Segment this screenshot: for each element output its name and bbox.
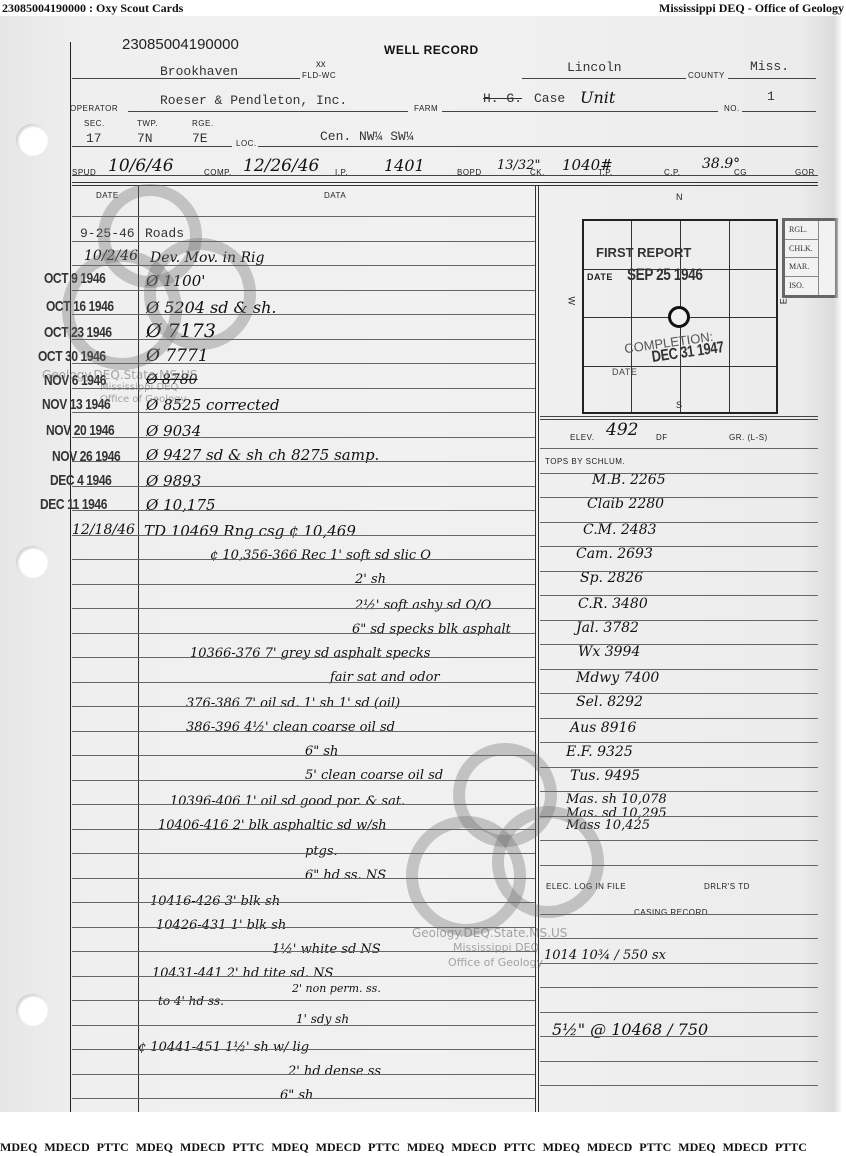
page-header: 23085004190000 : Oxy Scout Cards Mississ…	[0, 0, 846, 16]
ruled-line	[540, 742, 818, 743]
ruled-line	[72, 363, 535, 364]
ruled-line	[72, 608, 535, 609]
formation-top: Cam. 2693	[576, 546, 653, 562]
first-report-date: SEP 25 1946	[627, 265, 703, 285]
approval-box: RGL. CHLK. MAR. ISO.	[782, 218, 838, 298]
log-data: 10406-416 2' blk asphaltic sd w/sh	[158, 818, 387, 833]
rge-value: 7E	[192, 131, 208, 146]
form-title: WELL RECORD	[384, 43, 479, 57]
formation-top: Sel. 8292	[576, 694, 643, 710]
well-no-underline	[742, 111, 816, 112]
ruled-line	[540, 1012, 818, 1013]
right-panel-divider	[538, 186, 539, 1112]
ruled-line	[72, 290, 535, 291]
farm-label: FARM	[414, 104, 438, 113]
page-footer: MDEQ MDECD PTTC MDEQ MDECD PTTC MDEQ MDE…	[0, 1138, 846, 1156]
log-data: to 4' hd ss.	[158, 994, 224, 1008]
formation-top: C.R. 3480	[578, 596, 648, 612]
tops-label: TOPS BY SCHLUM.	[545, 457, 625, 466]
section-plat-map: FIRST REPORT DATE SEP 25 1946 COMPLETION…	[582, 219, 778, 414]
formation-top: Tus. 9495	[570, 768, 640, 784]
log-data: 10366-376 7' grey sd asphalt specks	[190, 646, 430, 661]
ruled-line	[72, 584, 535, 585]
ruled-line	[72, 804, 535, 805]
ruled-line	[540, 938, 818, 939]
watermark-url: Geology.DEQ.State.MS.US	[42, 368, 197, 382]
elev-label: ELEV.	[570, 433, 594, 442]
field-mark: XX	[316, 61, 326, 70]
ruled-line	[72, 780, 535, 781]
log-data: 10426-431 1' blk sh	[156, 918, 286, 933]
elev-value: 492	[606, 420, 638, 440]
ruled-line	[72, 339, 535, 340]
ruled-line	[540, 840, 818, 841]
sec-label: SEC.	[84, 119, 105, 128]
state-underline	[728, 78, 816, 79]
log-data: 376-386 7' oil sd. 1' sh 1' sd (oil)	[186, 696, 400, 711]
ruled-line	[72, 853, 535, 854]
ruled-line	[540, 546, 818, 547]
log-data: 6" sh	[280, 1088, 313, 1103]
operator-underline	[128, 111, 408, 112]
log-data: 6" sh	[305, 744, 338, 759]
ruled-line	[72, 1000, 535, 1001]
ruled-line	[72, 216, 535, 217]
ruled-line	[72, 1074, 535, 1075]
rge-label: RGE.	[192, 119, 214, 128]
watermark-office: Office of Geology	[448, 956, 543, 969]
casing-record-label: CASING RECORD	[634, 908, 708, 917]
ruled-line	[72, 878, 535, 879]
ruled-line	[540, 644, 818, 645]
formation-top: C.M. 2483	[583, 522, 657, 538]
header-agency: Mississippi DEQ - Office of Geology	[659, 0, 844, 16]
ruled-line	[72, 1098, 535, 1099]
ruled-line	[72, 633, 535, 634]
drlr-td-label: DRLR'S TD	[704, 882, 750, 891]
log-data: 2' non perm. ss.	[292, 982, 381, 995]
ruled-line	[72, 657, 535, 658]
approval-mar: MAR.	[785, 258, 819, 277]
ruled-line	[540, 816, 818, 817]
map-east-label: E	[778, 298, 788, 305]
well-record-card: 23085004190000 WELL RECORD Brookhaven FL…	[0, 16, 842, 1112]
left-margin-rule	[70, 42, 71, 1112]
formation-top: Mdwy 7400	[576, 670, 659, 686]
ruled-line	[540, 473, 818, 474]
county-label: COUNTY	[688, 71, 725, 80]
comp-value: 12/26/46	[243, 156, 319, 176]
sec-value: 17	[86, 131, 102, 146]
log-data: ¢ 10,356-366 Rec 1' soft sd slic O	[210, 548, 431, 563]
watermark-office: Office of Geology	[100, 394, 186, 405]
log-data: TD 10469 Rng csg ¢ 10,469	[144, 522, 356, 540]
log-data: 10396-406 1' oil sd good por. & sat.	[170, 794, 405, 809]
formation-top: Claib 2280	[587, 496, 664, 512]
ruled-line	[540, 620, 818, 621]
first-report-stamp: FIRST REPORT	[596, 245, 691, 260]
log-data: 386-396 4½' clean coarse oil sd	[186, 720, 395, 735]
location-underline	[72, 146, 232, 147]
county-underline	[522, 78, 686, 79]
log-data: ptgs.	[305, 844, 338, 859]
formation-top: Wx 3994	[578, 644, 640, 660]
state-value: Miss.	[750, 59, 789, 74]
ruled-line	[72, 486, 535, 487]
watermark-agency: Mississippi DEQ	[453, 941, 539, 954]
field-value: Brookhaven	[160, 64, 238, 79]
ruled-line	[540, 791, 818, 792]
ruled-line	[72, 559, 535, 560]
ruled-line	[72, 535, 535, 536]
ruled-line	[540, 669, 818, 670]
loc-underline	[258, 146, 818, 147]
completion-date-label: DATE	[612, 367, 637, 377]
right-panel-rule	[540, 419, 818, 420]
formation-top: Mas. sh 10,078	[566, 792, 667, 807]
log-data: 1½' white sd NS	[272, 942, 381, 957]
ruled-line	[540, 718, 818, 719]
log-data: 6" sd specks blk asphalt	[352, 622, 511, 637]
ruled-line	[540, 865, 818, 866]
approval-chlk: CHLK.	[785, 240, 819, 259]
field-label: FLD-WC	[302, 71, 336, 80]
spud-value: 10/6/46	[108, 156, 174, 176]
ruled-line	[72, 314, 535, 315]
ruled-line	[540, 595, 818, 596]
log-data: Ø 10,175	[146, 496, 216, 514]
ruled-line	[72, 976, 535, 977]
punch-hole	[16, 124, 48, 156]
ruled-line	[72, 829, 535, 830]
ruled-line	[72, 1049, 535, 1050]
ruled-line	[72, 706, 535, 707]
twp-value: 7N	[137, 131, 153, 146]
ruled-line	[72, 902, 535, 903]
operator-label: OPERATOR	[70, 104, 118, 113]
ruled-line	[72, 461, 535, 462]
punch-hole	[16, 546, 48, 578]
formation-top: E.F. 9325	[566, 744, 633, 760]
ruled-line	[540, 767, 818, 768]
loc-value: Cen. NW¼ SW¼	[320, 129, 414, 144]
ruled-line	[540, 693, 818, 694]
ruled-line	[540, 497, 818, 498]
data-column-header: DATA	[324, 191, 346, 200]
formation-top: Aus 8916	[570, 720, 636, 736]
log-data: 2½' soft ashy sd O/O	[355, 598, 491, 613]
log-data: ¢ 10441-451 1½' sh w/ lig	[138, 1040, 309, 1055]
log-data: 2' hd dense ss	[288, 1064, 381, 1079]
ip-value: 1401	[384, 156, 425, 175]
punch-hole	[16, 994, 48, 1026]
ruled-line	[72, 682, 535, 683]
df-label: DF	[656, 433, 668, 442]
ruled-line	[540, 914, 818, 915]
ruled-line	[540, 571, 818, 572]
log-data: 10431-441 2' hd tite sd. NS	[152, 966, 333, 981]
loc-label: LOC.	[236, 139, 257, 148]
ruled-line	[72, 510, 535, 511]
well-location-marker	[668, 306, 690, 328]
ruled-line	[72, 951, 535, 952]
casing-entry: 1014 10¾ / 550 sx	[544, 948, 666, 963]
log-data: 1' sdy sh	[296, 1012, 349, 1026]
ruled-line	[72, 388, 535, 389]
ruled-line	[72, 412, 535, 413]
county-value: Lincoln	[567, 60, 622, 75]
ruled-line	[72, 1025, 535, 1026]
approval-rgl: RGL.	[785, 221, 819, 240]
map-north-label: N	[676, 192, 683, 202]
map-west-label: W	[567, 297, 577, 306]
ruled-line	[540, 1036, 818, 1037]
ruled-line	[540, 448, 818, 449]
farm-value: Case	[534, 91, 565, 106]
api-number: 23085004190000	[122, 36, 239, 53]
ruled-line	[540, 522, 818, 523]
right-panel-divider	[535, 186, 536, 1112]
log-date-stamp: NOV 26 1946	[52, 448, 120, 465]
log-data: 6" hd ss. NS	[305, 868, 386, 883]
formation-top: M.B. 2265	[592, 472, 666, 488]
header-double-rule	[72, 185, 818, 186]
ruled-line	[72, 437, 535, 438]
right-panel-rule	[540, 416, 818, 417]
header-record-title: 23085004190000 : Oxy Scout Cards	[2, 0, 183, 16]
ruled-line	[72, 241, 535, 242]
ruled-line	[540, 963, 818, 964]
log-data: Ø 9893	[146, 472, 201, 490]
watermark-logo-ring	[144, 238, 256, 350]
well-no-label: NO.	[724, 104, 740, 113]
farm-handwritten: Unit	[580, 88, 615, 107]
header-double-rule	[72, 182, 818, 183]
gr-label: GR. (L-S)	[729, 433, 768, 442]
spud-underline	[72, 175, 818, 176]
ruled-line	[72, 927, 535, 928]
ruled-line	[540, 987, 818, 988]
ruled-line	[72, 265, 535, 266]
ruled-line	[72, 755, 535, 756]
operator-value: Roeser & Pendleton, Inc.	[160, 93, 347, 108]
ruled-line	[540, 1061, 818, 1062]
formation-top: Jal. 3782	[576, 620, 639, 636]
farm-struck-value: H. G.	[483, 91, 522, 106]
approval-iso: ISO.	[785, 277, 819, 296]
twp-label: TWP.	[137, 119, 158, 128]
first-report-date-label: DATE	[587, 272, 613, 282]
ruled-line	[72, 731, 535, 732]
formation-top: Sp. 2826	[580, 570, 643, 586]
ruled-line	[540, 1085, 818, 1086]
well-no-value: 1	[767, 89, 775, 104]
farm-underline	[442, 111, 718, 112]
